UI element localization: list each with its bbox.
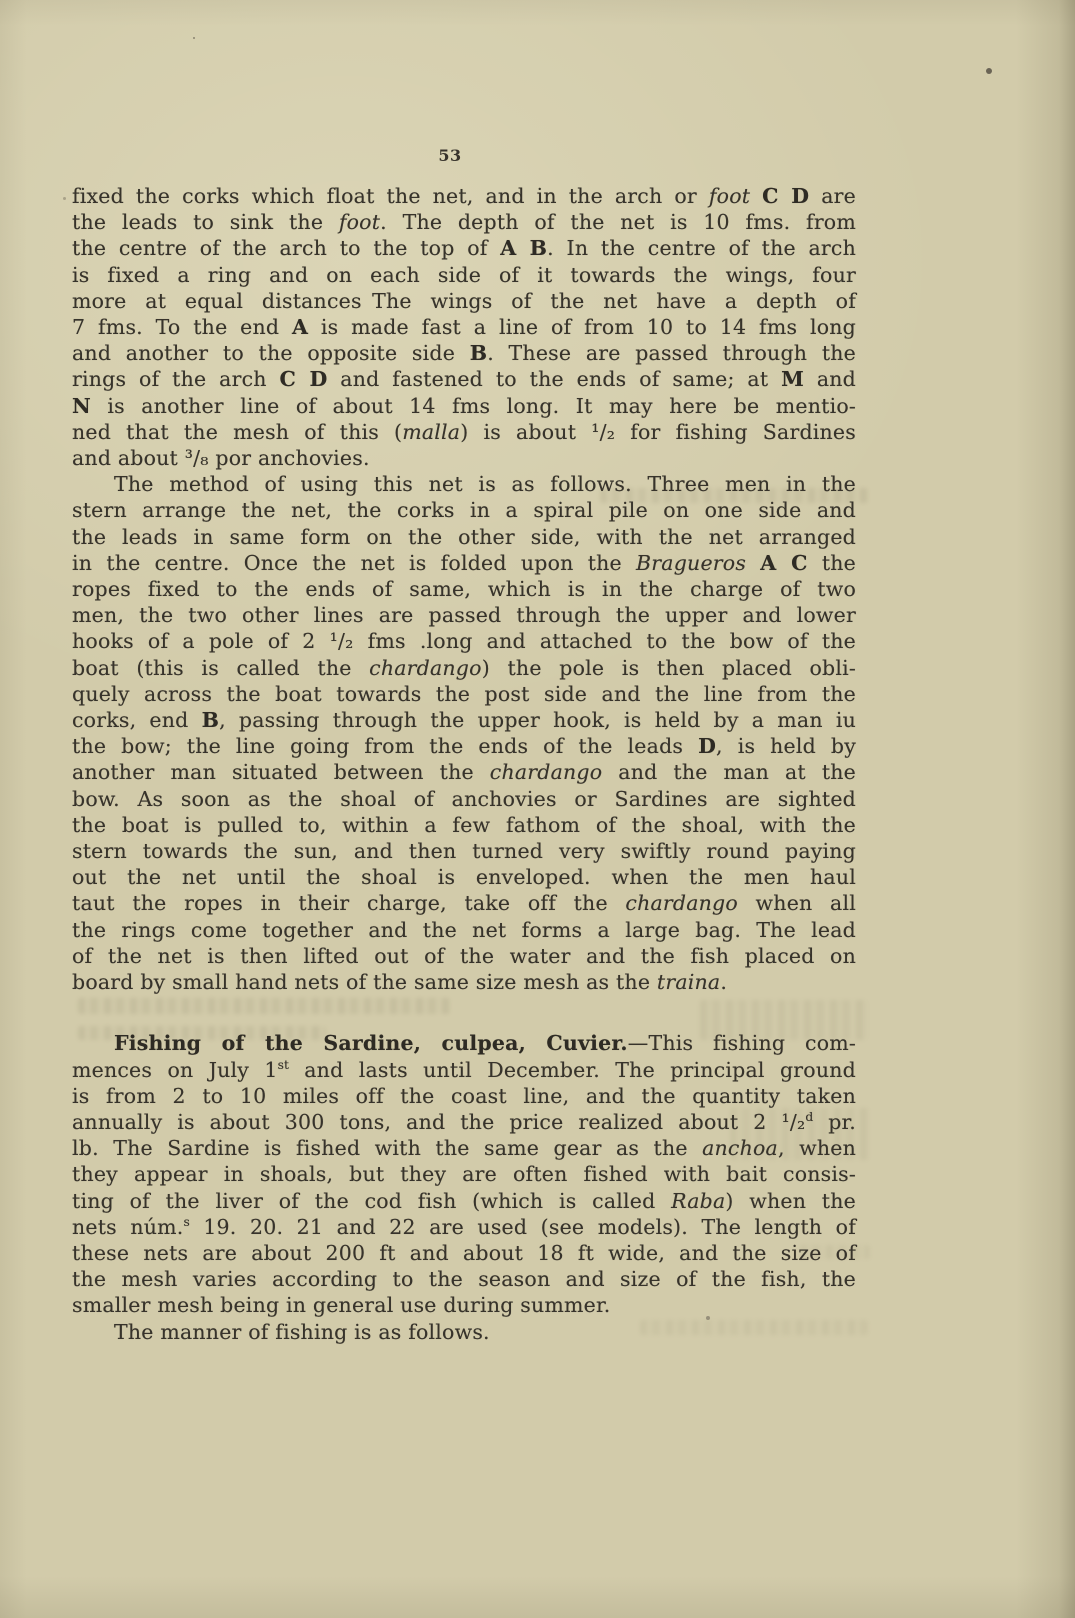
text-line: ned that the mesh of this (malla) is abo… <box>72 419 856 445</box>
ink-speck <box>63 197 66 200</box>
text-line: The method of using this net is as follo… <box>72 471 856 497</box>
text-line: out the net until the shoal is enveloped… <box>72 864 856 890</box>
text-line: the leads to sink the foot. The depth of… <box>72 209 856 235</box>
text-line: quely across the boat towards the post s… <box>72 681 856 707</box>
text-line: fixed the corks which float the net, and… <box>72 183 856 209</box>
page-sheet: 53 fixed the corks which float the net, … <box>0 0 1075 1618</box>
text-line: the centre of the arch to the top of A B… <box>72 235 856 261</box>
text-line: the mesh varies according to the season … <box>72 1266 856 1292</box>
text-line: in the centre. Once the net is folded up… <box>72 550 856 576</box>
text-line: hooks of a pole of 2 ¹/₂ fms .long and a… <box>72 628 856 654</box>
text-line: lb. The Sardine is fished with the same … <box>72 1135 856 1161</box>
ink-speck <box>986 68 992 74</box>
text-block: fixed the corks which float the net, and… <box>72 183 856 1345</box>
text-line: another man situated between the chardan… <box>72 759 856 785</box>
text-line: nets núm.s 19. 20. 21 and 22 are used (s… <box>72 1214 856 1240</box>
text-line: Fishing of the Sardine, culpea, Cuvier.—… <box>72 1030 856 1056</box>
text-line: smaller mesh being in general use during… <box>72 1292 856 1318</box>
text-line: and about ³/₈ por anchovies. <box>72 445 856 471</box>
text-line: rings of the arch C D and fastened to th… <box>72 366 856 392</box>
page-number: 53 <box>58 146 842 165</box>
text-line: is from 2 to 10 miles off the coast line… <box>72 1083 856 1109</box>
paragraph: The method of using this net is as follo… <box>72 471 856 995</box>
text-line: more at equal distances The wings of the… <box>72 288 856 314</box>
paragraph: fixed the corks which float the net, and… <box>72 183 856 471</box>
text-line: these nets are about 200 ft and about 18… <box>72 1240 856 1266</box>
text-line: ropes fixed to the ends of same, which i… <box>72 576 856 602</box>
text-line: the boat is pulled to, within a few fath… <box>72 812 856 838</box>
text-line: The manner of fishing is as follows. <box>72 1319 856 1345</box>
text-line: board by small hand nets of the same siz… <box>72 969 856 995</box>
text-line: stern arrange the net, the corks in a sp… <box>72 497 856 523</box>
text-line: bow. As soon as the shoal of anchovies o… <box>72 786 856 812</box>
text-line: men, the two other lines are passed thro… <box>72 602 856 628</box>
text-line: ting of the liver of the cod fish (which… <box>72 1188 856 1214</box>
paragraph: The manner of fishing is as follows. <box>72 1319 856 1345</box>
text-line: the leads in same form on the other side… <box>72 524 856 550</box>
text-line: 7 fms. To the end A is made fast a line … <box>72 314 856 340</box>
text-line: taut the ropes in their charge, take off… <box>72 890 856 916</box>
text-line: is fixed a ring and on each side of it t… <box>72 262 856 288</box>
text-line: annually is about 300 tons, and the pric… <box>72 1109 856 1135</box>
text-line: N is another line of about 14 fms long. … <box>72 393 856 419</box>
text-line: the rings come together and the net form… <box>72 917 856 943</box>
paragraph: Fishing of the Sardine, culpea, Cuvier.—… <box>72 1030 856 1318</box>
text-line: they appear in shoals, but they are ofte… <box>72 1161 856 1187</box>
text-line: the bow; the line going from the ends of… <box>72 733 856 759</box>
text-line: corks, end B, passing through the upper … <box>72 707 856 733</box>
text-line: of the net is then lifted out of the wat… <box>72 943 856 969</box>
text-line: boat (this is called the chardango) the … <box>72 655 856 681</box>
text-line: mences on July 1st and lasts until Decem… <box>72 1057 856 1083</box>
text-line: stern towards the sun, and then turned v… <box>72 838 856 864</box>
ink-speck <box>193 37 195 39</box>
text-line: and another to the opposite side B. Thes… <box>72 340 856 366</box>
